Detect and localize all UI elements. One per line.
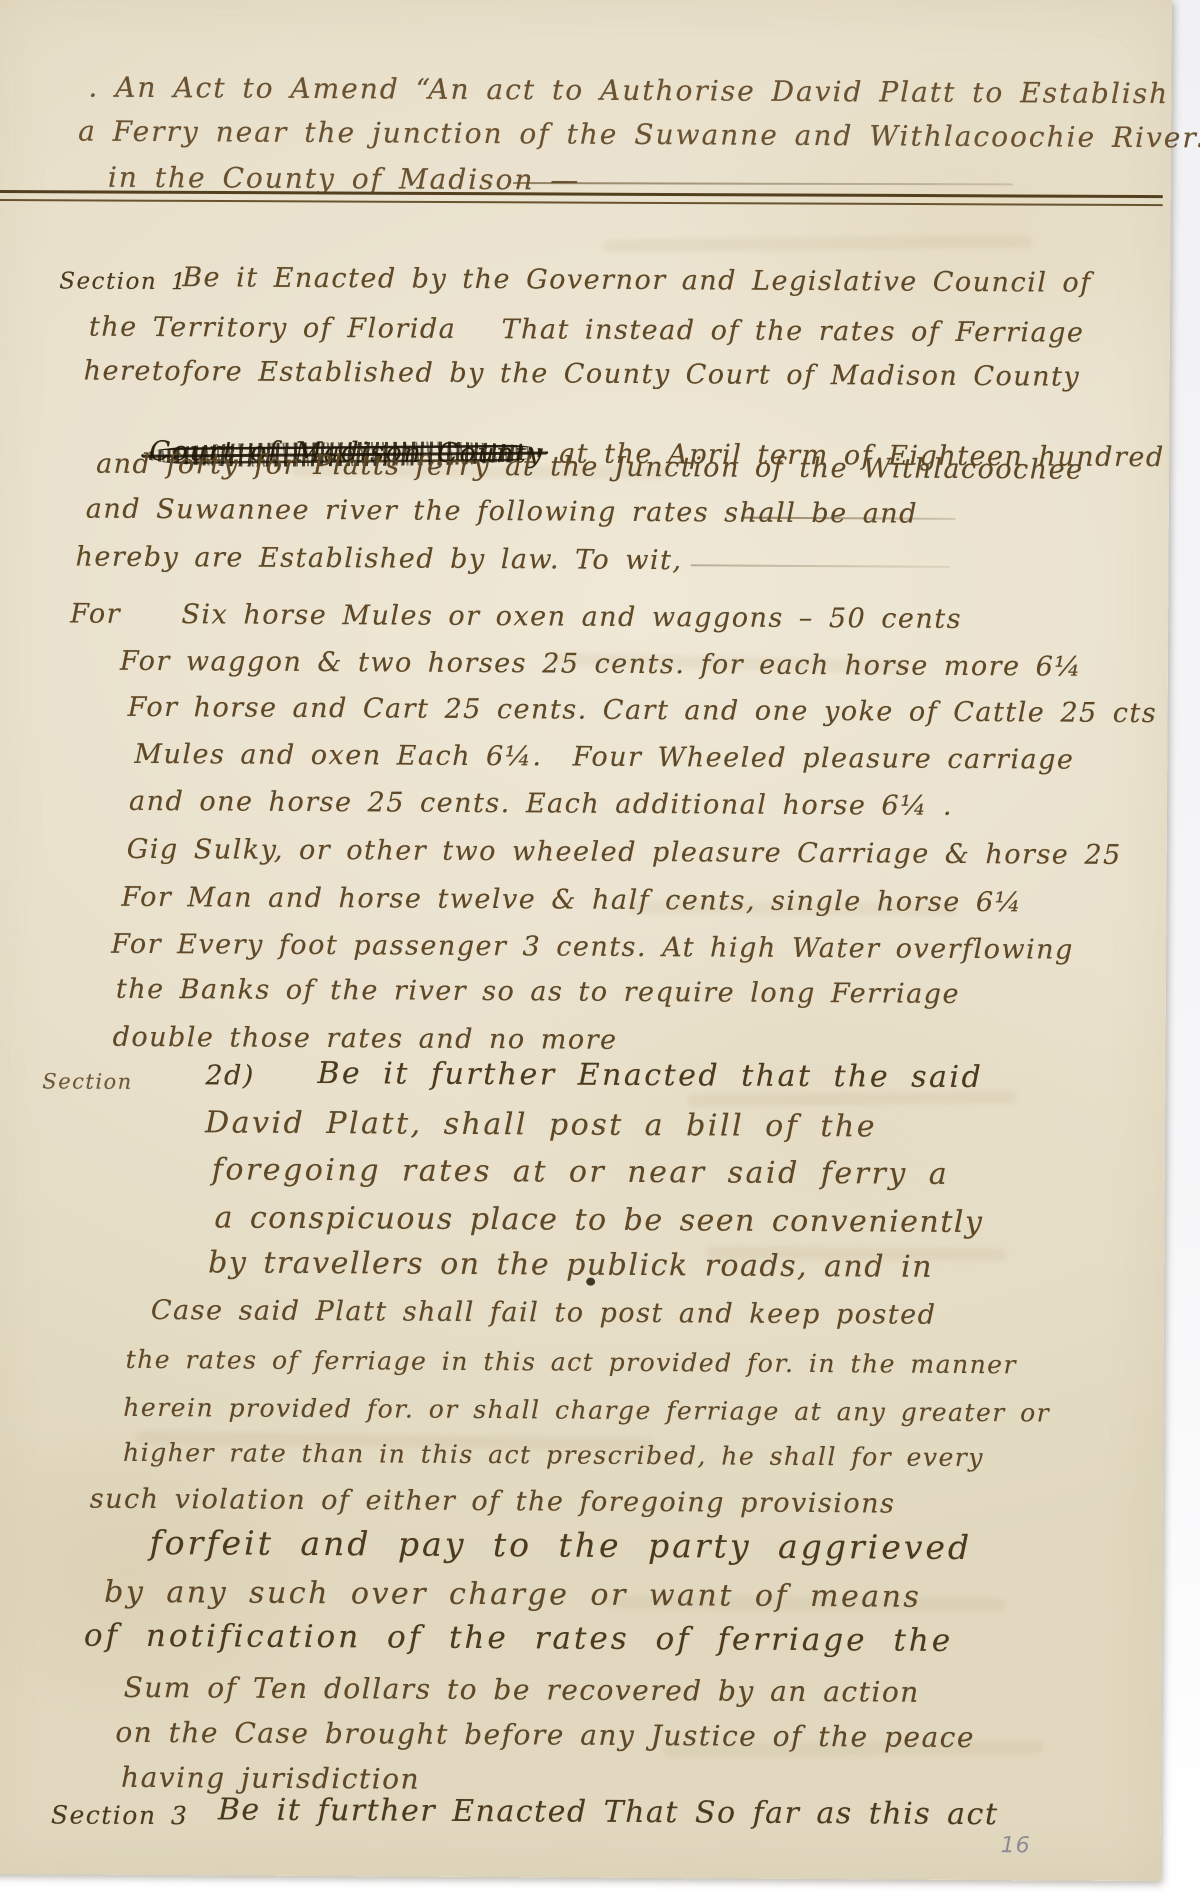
section1-line: hereby are Established by law. To wit, — [75, 541, 682, 579]
manuscript-paper: . An Act to Amend “An act to Authorise D… — [0, 0, 1172, 1881]
section2-line: foregoing rates at or near said ferry a — [212, 1153, 950, 1192]
section2-line: by travellers on the publick roads, and … — [208, 1246, 933, 1284]
rate-line: For Man and horse twelve & half cents, s… — [121, 881, 1022, 921]
rate-line: For Every foot passenger 3 cents. At hig… — [111, 928, 1074, 968]
section2-line: higher rate than in this act prescribed,… — [123, 1436, 984, 1475]
section3-opening: Be it further Enacted That So far as thi… — [218, 1793, 999, 1832]
to-wit-dash-rule — [691, 564, 951, 568]
section2-line: the rates of ferriage in this act provid… — [126, 1343, 1018, 1382]
section1-line: and forty for Platts ferry at the Juncti… — [96, 448, 1084, 488]
rate-line: and one horse 25 cents. Each additional … — [129, 785, 953, 824]
section2-line: Case said Platt shall fail to post and k… — [151, 1294, 937, 1333]
section2-opening: Be it further Enacted that the said — [317, 1057, 983, 1095]
rate-line: Mules and oxen Each 6¼. Four Wheeled ple… — [134, 738, 1074, 778]
page-number: 16 — [1001, 1833, 1031, 1858]
scanned-manuscript-page: { "title": { "lines": [ ". An Act to Ame… — [0, 0, 1200, 1899]
rate-line: Gig Sulky, or other two wheeled pleasure… — [127, 833, 1122, 873]
section2-line: David Platt, shall post a bill of the — [205, 1106, 877, 1144]
section3-label: Section 3 — [51, 1798, 189, 1833]
section2-line: having jurisdiction — [121, 1761, 420, 1797]
section2-margin-label: Section — [42, 1064, 133, 1099]
title-line: . An Act to Amend “An act to Authorise D… — [88, 71, 1169, 112]
section2-line: Sum of Ten dollars to be recovered by an… — [124, 1671, 920, 1710]
section2-line: by any such over charge or want of means — [104, 1576, 921, 1615]
ink-blot — [586, 1278, 595, 1286]
section1-line: and Suwannee river the following rates s… — [86, 493, 918, 532]
rate-line: For horse and Cart 25 cents. Cart and on… — [128, 691, 1158, 731]
section2-line: a conspicuous place to be seen convenien… — [214, 1201, 983, 1240]
section2-line: of notification of the rates of ferriage… — [84, 1619, 953, 1658]
title-line: a Ferry near the junction of the Suwanne… — [78, 115, 1200, 156]
section2-line: forfeit and pay to the party aggrieved — [149, 1526, 972, 1565]
section2-line: herein provided for. or shall charge fer… — [123, 1391, 1050, 1431]
bleed-through-smudge — [602, 235, 1032, 253]
rate-line: double those rates and no more — [113, 1021, 618, 1058]
title-flourish-line — [513, 182, 1013, 185]
section2-line: such violation of either of the foregoin… — [90, 1483, 896, 1522]
section1-label: Section 1 — [59, 264, 187, 299]
section1-line: heretofore Established by the County Cou… — [84, 355, 1081, 395]
rate-line: For Six horse Mules or oxen and waggons … — [70, 597, 962, 636]
section2-number: 2d) — [205, 1059, 255, 1093]
section1-opening: Be it Enacted by the Governor and Legisl… — [182, 261, 1092, 301]
section2-line: on the Case brought before any Justice o… — [115, 1716, 975, 1755]
rate-line: For waggon & two horses 25 cents. for ea… — [120, 645, 1082, 685]
section1-line: the Territory of Florida That instead of… — [89, 311, 1085, 351]
title-divider-rule — [0, 190, 1163, 206]
rate-line: the Banks of the river so as to require … — [116, 973, 960, 1012]
